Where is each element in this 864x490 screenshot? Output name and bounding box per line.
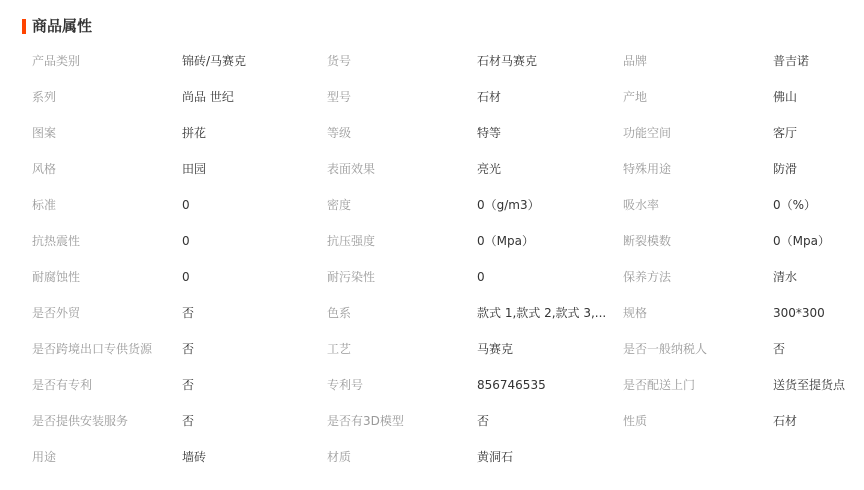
- attribute-value: 防滑: [773, 158, 864, 180]
- attribute-value: 否: [182, 374, 317, 396]
- attribute-label: 是否外贸: [32, 302, 80, 324]
- attribute-value: 0（%）: [773, 194, 864, 216]
- attribute-label: 是否跨境出口专供货源: [32, 338, 152, 360]
- attribute-label: 货号: [327, 50, 351, 72]
- attribute-label: 密度: [327, 194, 351, 216]
- attribute-value: 客厅: [773, 122, 864, 144]
- attribute-label: 系列: [32, 86, 56, 108]
- attribute-value: 否: [182, 338, 317, 360]
- attribute-value: 否: [477, 410, 607, 432]
- attribute-value: [773, 446, 864, 468]
- attribute-value: 马赛克: [477, 338, 607, 360]
- attribute-value: 锦砖/马赛克: [182, 50, 317, 72]
- attribute-value: 0（Mpa）: [477, 230, 607, 252]
- attribute-value: 石材: [773, 410, 864, 432]
- attribute-label: 标准: [32, 194, 56, 216]
- attribute-label: 特殊用途: [623, 158, 671, 180]
- attribute-label: 是否提供安装服务: [32, 410, 128, 432]
- attribute-value: 送货至提货点: [773, 374, 864, 396]
- attribute-label: 是否有3D模型: [327, 410, 404, 432]
- attribute-table: 产品类别锦砖/马赛克货号石材马赛克品牌普吉诺系列尚品 世纪型号石材产地佛山图案拼…: [0, 50, 864, 482]
- attribute-label: 品牌: [623, 50, 647, 72]
- attribute-label: 是否配送上门: [623, 374, 695, 396]
- attribute-label: 产品类别: [32, 50, 80, 72]
- attribute-value: 856746535: [477, 374, 607, 396]
- attribute-value: 尚品 世纪: [182, 86, 317, 108]
- attribute-label: 抗压强度: [327, 230, 375, 252]
- attribute-value: 否: [182, 302, 317, 324]
- attribute-value: 亮光: [477, 158, 607, 180]
- attribute-row: 图案拼花等级特等功能空间客厅: [0, 122, 864, 158]
- attribute-value: 墙砖: [182, 446, 317, 468]
- attribute-label: 图案: [32, 122, 56, 144]
- attribute-label: 规格: [623, 302, 647, 324]
- attribute-row: 风格田园表面效果亮光特殊用途防滑: [0, 158, 864, 194]
- attribute-row: 用途墙砖材质黄洞石: [0, 446, 864, 482]
- attribute-label: 色系: [327, 302, 351, 324]
- attribute-value: 否: [182, 410, 317, 432]
- attribute-value: 普吉诺: [773, 50, 864, 72]
- attribute-value: 0（g/m3）: [477, 194, 607, 216]
- attribute-value: 0: [182, 230, 317, 252]
- attribute-label: 保养方法: [623, 266, 671, 288]
- attribute-value: 0: [182, 266, 317, 288]
- attribute-row: 系列尚品 世纪型号石材产地佛山: [0, 86, 864, 122]
- attribute-label: 是否一般纳税人: [623, 338, 707, 360]
- attribute-label: 型号: [327, 86, 351, 108]
- attribute-label: 耐污染性: [327, 266, 375, 288]
- attribute-label: 用途: [32, 446, 56, 468]
- attribute-value: 黄洞石: [477, 446, 607, 468]
- attribute-row: 标准0密度0（g/m3）吸水率0（%）: [0, 194, 864, 230]
- attribute-row: 耐腐蚀性0耐污染性0保养方法清水: [0, 266, 864, 302]
- attribute-label: 是否有专利: [32, 374, 92, 396]
- attribute-value: 300*300: [773, 302, 864, 324]
- attribute-row: 是否有专利否专利号856746535是否配送上门送货至提货点: [0, 374, 864, 410]
- attribute-value: 否: [773, 338, 864, 360]
- attribute-value: 款式 1,款式 2,款式 3,...: [477, 302, 607, 324]
- attribute-label: 表面效果: [327, 158, 375, 180]
- section-title: 商品属性: [32, 17, 92, 35]
- attribute-value: 0（Mpa）: [773, 230, 864, 252]
- attribute-value: 石材马赛克: [477, 50, 607, 72]
- attribute-value: 特等: [477, 122, 607, 144]
- accent-bar: [22, 19, 26, 34]
- attribute-value: 0: [477, 266, 607, 288]
- attribute-label: 耐腐蚀性: [32, 266, 80, 288]
- attribute-row: 是否提供安装服务否是否有3D模型否性质石材: [0, 410, 864, 446]
- attribute-label: 风格: [32, 158, 56, 180]
- attribute-label: 断裂模数: [623, 230, 671, 252]
- attribute-value: 佛山: [773, 86, 864, 108]
- attribute-label: 等级: [327, 122, 351, 144]
- attribute-label: 产地: [623, 86, 647, 108]
- attribute-row: 是否外贸否色系款式 1,款式 2,款式 3,...规格300*300: [0, 302, 864, 338]
- attribute-label: 功能空间: [623, 122, 671, 144]
- attribute-value: 田园: [182, 158, 317, 180]
- section-header: 商品属性: [22, 17, 92, 35]
- attribute-label: 抗热震性: [32, 230, 80, 252]
- attribute-label: 材质: [327, 446, 351, 468]
- attribute-value: 0: [182, 194, 317, 216]
- attribute-label: 工艺: [327, 338, 351, 360]
- attribute-value: 石材: [477, 86, 607, 108]
- attribute-row: 是否跨境出口专供货源否工艺马赛克是否一般纳税人否: [0, 338, 864, 374]
- attribute-row: 抗热震性0抗压强度0（Mpa）断裂模数0（Mpa）: [0, 230, 864, 266]
- attribute-value: 清水: [773, 266, 864, 288]
- attribute-value: 拼花: [182, 122, 317, 144]
- attribute-label: 专利号: [327, 374, 363, 396]
- attribute-row: 产品类别锦砖/马赛克货号石材马赛克品牌普吉诺: [0, 50, 864, 86]
- attribute-label: 吸水率: [623, 194, 659, 216]
- attribute-label: 性质: [623, 410, 647, 432]
